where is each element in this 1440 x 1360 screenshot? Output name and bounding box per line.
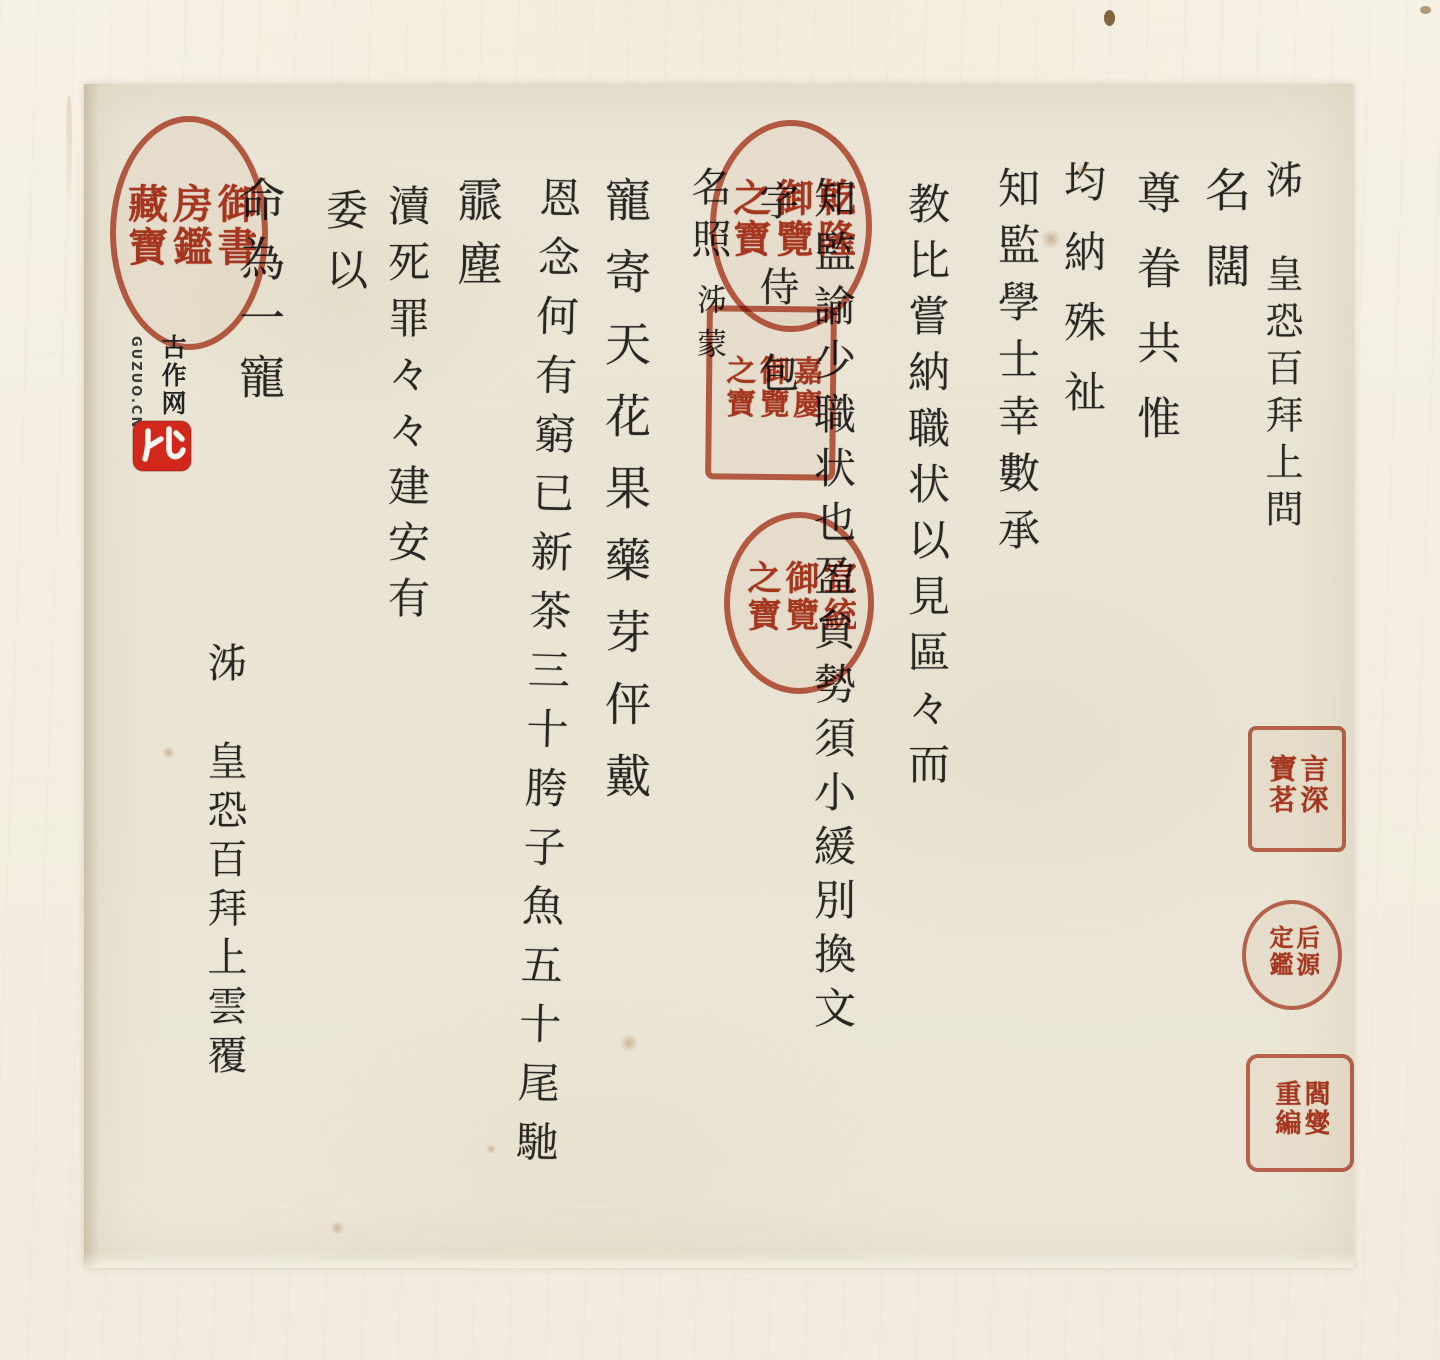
guzuo-red-seal-logo-icon: [132, 420, 192, 472]
calligraphy-column-02: 名闊: [1192, 166, 1258, 376]
guzuo-watermark: GUZUO.CN 古作网: [128, 334, 198, 476]
foxing-stain: [620, 1034, 638, 1052]
calligraphy-column-08: 字侍包: [748, 180, 805, 480]
scanned-calligraphy-letter: 御書房鑑藏寶 乾隆御覽之寶 嘉慶御覽之寶 宣統御覽之寶 言深寶茗 后源定鑑 閻燮…: [0, 0, 1440, 1360]
calligraphy-column-06: 教比嘗納職状以見區々而: [896, 182, 956, 842]
calligraphy-column-10: 寵寄天花果藥芽伻戴: [592, 176, 658, 876]
watermark-site-url: GUZUO.CN: [128, 336, 143, 422]
foxing-stain: [486, 1144, 496, 1154]
collector-seal-round: 后源定鑑: [1242, 900, 1342, 1010]
paper-fold-shadow: [84, 84, 100, 1268]
calligraphy-column-16: 泲 皇恐百拜上雲覆: [196, 642, 253, 1162]
calligraphy-column-05: 知監學士幸數承: [986, 166, 1046, 606]
calligraphy-column-09: 名照泲蒙: [680, 166, 737, 446]
foxing-stain: [330, 1222, 345, 1234]
collector-seal-rect: 言深寶茗: [1248, 726, 1346, 852]
mount-fiber-mark: [66, 96, 72, 216]
calligraphy-column-09-small: 泲蒙: [686, 284, 730, 372]
calligraphy-column-01: 泲 皇恐百拜上問: [1254, 160, 1309, 620]
watermark-site-name: 古作网: [154, 334, 190, 424]
calligraphy-column-07: 知監諭少職状也盈貟勢須小緩別換文: [802, 176, 862, 1086]
calligraphy-column-13: 瀆死罪々々建安有: [376, 184, 436, 674]
mount-speck: [1420, 6, 1431, 14]
seal-legend: 言深寶茗: [1266, 754, 1329, 824]
collector-seal-square: 閻燮重編: [1246, 1054, 1354, 1172]
calligraphy-column-12: 霢塵: [444, 176, 510, 346]
calligraphy-column-14: 委以: [314, 188, 374, 348]
calligraphy-column-04: 均納殊祉: [1052, 160, 1112, 480]
calligraphy-column-03: 尊眷共惟: [1122, 170, 1186, 500]
calligraphy-column-09-main: 名照: [685, 166, 731, 270]
foxing-stain: [162, 746, 175, 759]
mount-speck: [1104, 10, 1115, 26]
calligraphy-column-15: 命為一寵: [226, 176, 292, 446]
foxing-stain: [1076, 164, 1088, 176]
seal-legend: 閻燮重編: [1271, 1080, 1329, 1146]
foxing-stain: [1040, 230, 1062, 248]
paper-bottom-edge: [84, 1252, 1354, 1268]
seal-legend: 后源定鑑: [1265, 925, 1319, 985]
